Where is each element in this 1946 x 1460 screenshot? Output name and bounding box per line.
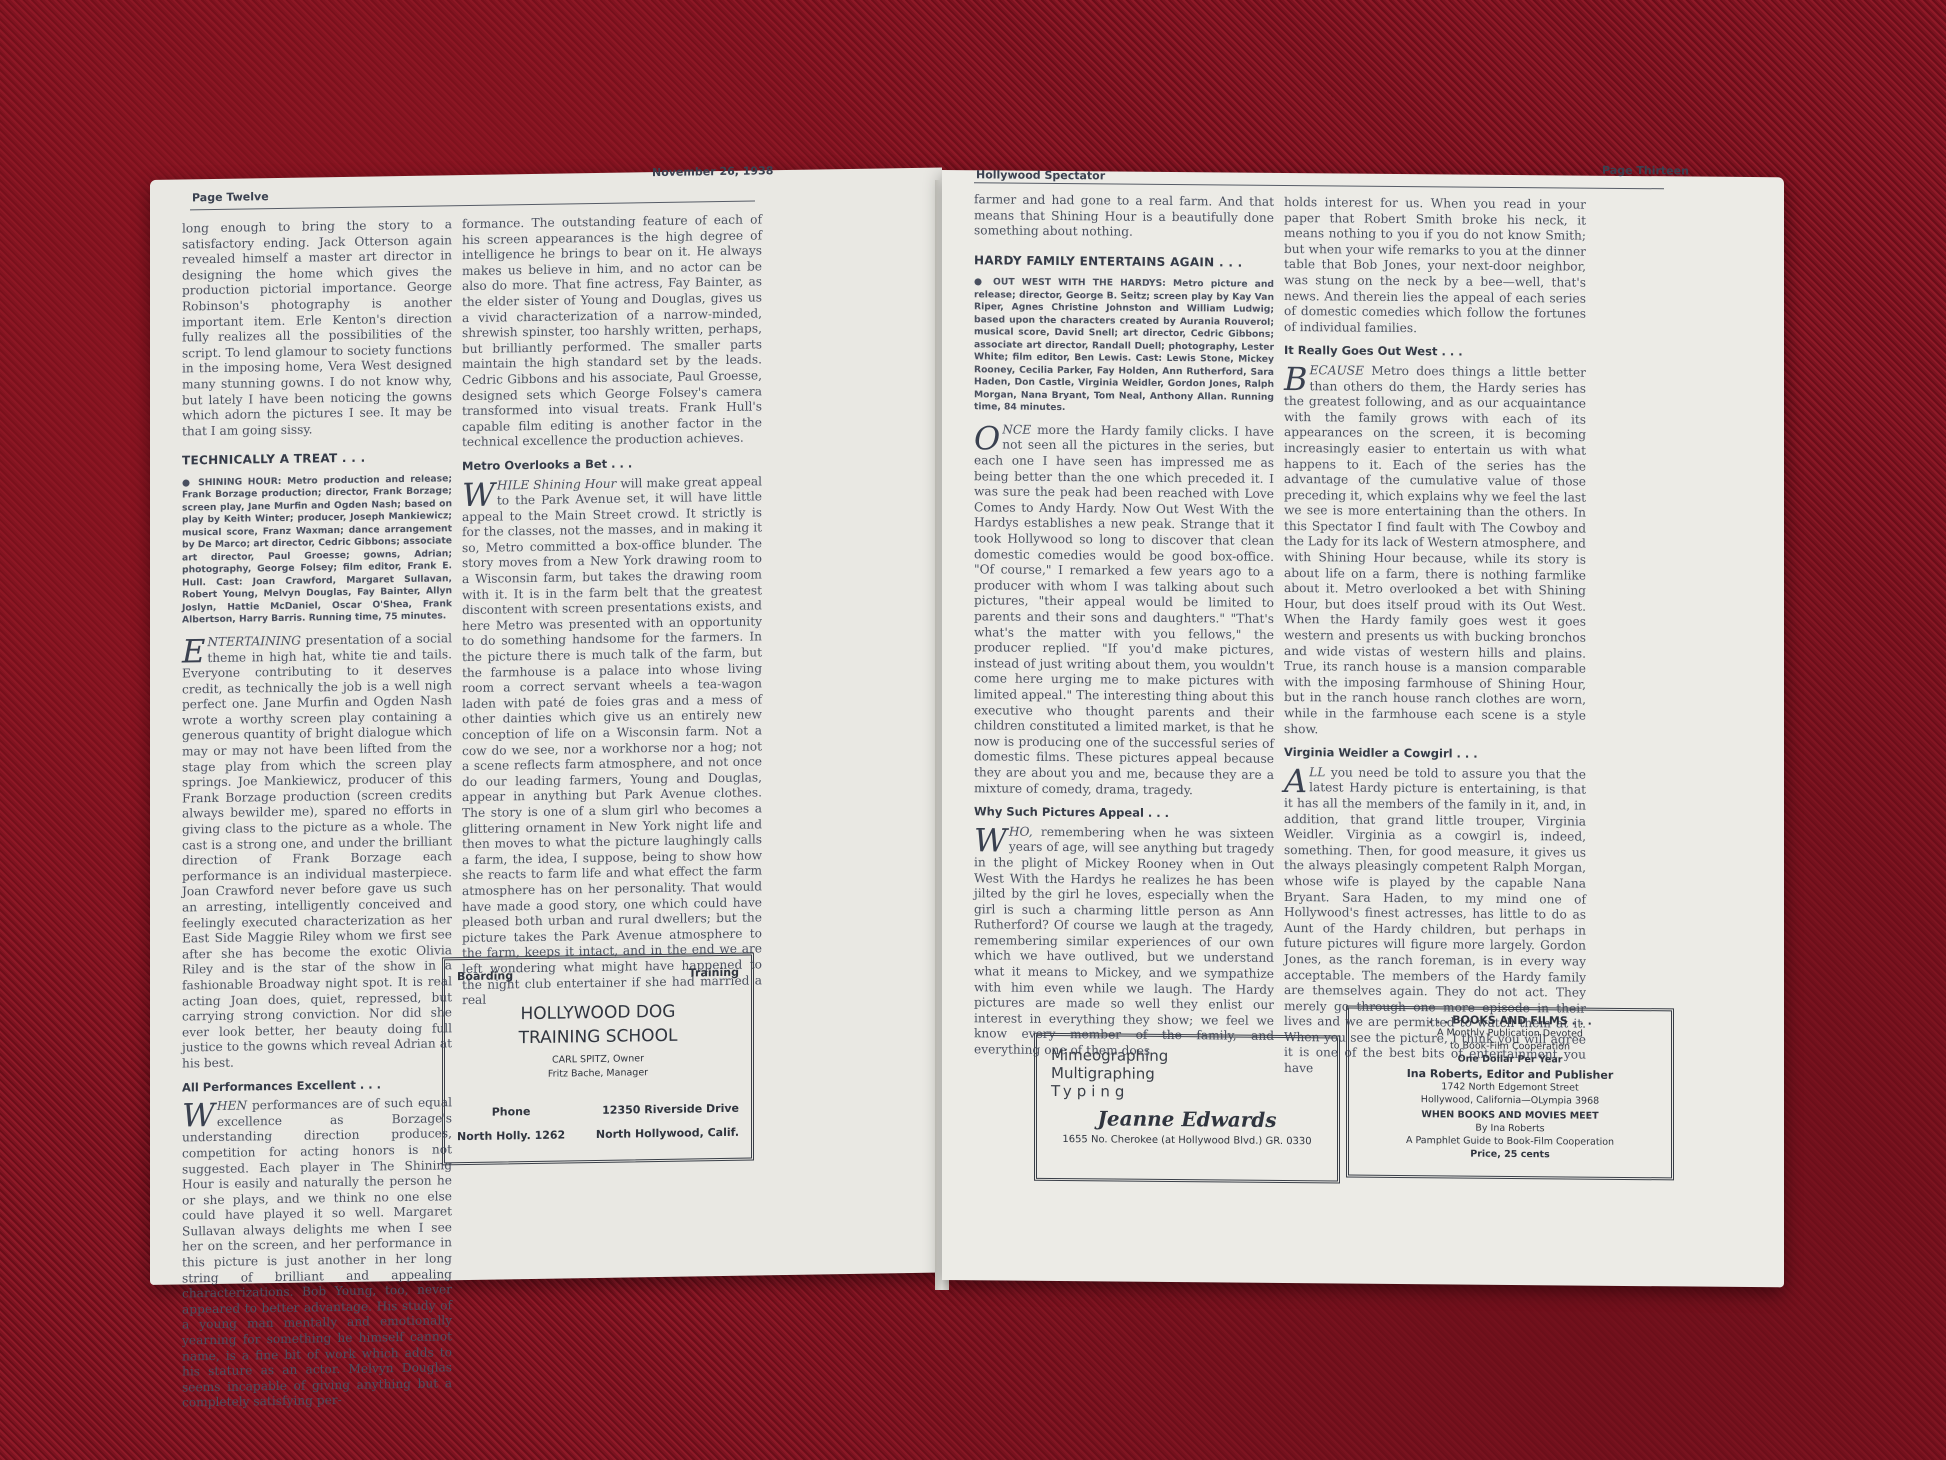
left-page: Page Twelve November 26, 1938 long enoug… [150, 168, 942, 1285]
page-label: Page Twelve [192, 190, 269, 204]
continuation-text: formance. The outstanding feature of eac… [462, 212, 762, 451]
review-paragraph: WHO, remembering when he was sixteen yea… [974, 824, 1274, 1061]
ad-address: 12350 Riverside Drive [596, 1097, 739, 1123]
review-paragraph: ENTERTAINING presentation of a social th… [182, 631, 452, 1072]
subheading: Metro Overlooks a Bet . . . [462, 454, 762, 474]
ad-service: Mimeographing [1051, 1046, 1323, 1066]
ad-phone: North Holly. 1262 [457, 1123, 565, 1149]
subheading: It Really Goes Out West . . . [1284, 343, 1586, 361]
publication-name: Hollywood Spectator [976, 168, 1105, 182]
continuation-text: farmer and had gone to a real farm. And … [974, 192, 1274, 241]
continuation-text: holds interest for us. When you read in … [1284, 195, 1586, 338]
ad-price: One Dollar Per Year [1349, 1052, 1671, 1068]
subheading: All Performances Excellent . . . [182, 1076, 452, 1096]
header-rule [974, 182, 1664, 189]
review-paragraph: BECAUSE Metro does things a little bette… [1284, 363, 1586, 740]
issue-date: November 26, 1938 [652, 164, 773, 179]
ad-address: 1655 No. Cherokee (at Hollywood Blvd.) G… [1037, 1134, 1337, 1148]
review-paragraph: ONCE more the Hardy family clicks. I hav… [974, 422, 1274, 799]
section-title: HARDY FAMILY ENTERTAINS AGAIN . . . [974, 253, 1274, 271]
subheading: Why Such Pictures Appeal . . . [974, 804, 1274, 822]
ad-label-training: Training [689, 966, 739, 980]
ad-service: Typing [1051, 1082, 1323, 1102]
review-paragraph: WHEN performances are of such equal exce… [182, 1095, 452, 1411]
mimeographing-ad: Mimeographing Multigraphing Typing Jeann… [1034, 1033, 1340, 1184]
drop-cap: E [182, 637, 205, 665]
left-column: farmer and had gone to a real farm. And … [974, 192, 1274, 1066]
books-and-films-ad: . . . BOOKS AND FILMS . . . A Monthly Pu… [1346, 1006, 1674, 1181]
ad-phone-label: Phone [457, 1099, 565, 1125]
film-credits: ● OUT WEST WITH THE HARDYS: Metro pictur… [974, 277, 1274, 417]
ad-title: TRAINING SCHOOL [445, 1023, 751, 1052]
left-column: long enough to bring the story to a sati… [182, 217, 452, 1417]
drop-cap: W [974, 826, 1007, 854]
film-credits: ● SHINING HOUR: Metro production and rel… [182, 473, 452, 627]
right-column: formance. The outstanding feature of eac… [462, 212, 762, 1014]
right-column: holds interest for us. When you read in … [1284, 195, 1586, 1085]
review-paragraph: WHILE Shining Hour will make great appea… [462, 474, 762, 1009]
drop-cap: W [182, 1101, 215, 1130]
drop-cap: A [1284, 767, 1307, 795]
ad-label-boarding: Boarding [457, 969, 513, 983]
drop-cap: W [462, 480, 495, 509]
ad-name: Jeanne Edwards [1037, 1106, 1337, 1133]
ad-price: Price, 25 cents [1349, 1147, 1671, 1163]
dog-school-ad: Boarding Training HOLLYWOOD DOG TRAINING… [442, 953, 754, 1166]
ad-service: Multigraphing [1051, 1064, 1323, 1084]
header-rule [190, 200, 755, 210]
section-title: TECHNICALLY A TREAT . . . [182, 450, 452, 470]
subheading: Virginia Weidler a Cowgirl . . . [1284, 745, 1586, 763]
ad-address: Hollywood, California—OLympia 3968 [1349, 1093, 1671, 1109]
right-page: Hollywood Spectator Page Thirteen farmer… [942, 170, 1784, 1287]
page-label: Page Thirteen [1602, 164, 1689, 178]
drop-cap: O [974, 424, 1000, 452]
continuation-text: long enough to bring the story to a sati… [182, 217, 452, 440]
ad-city: North Hollywood, Calif. [596, 1121, 739, 1147]
drop-cap: B [1284, 365, 1308, 393]
